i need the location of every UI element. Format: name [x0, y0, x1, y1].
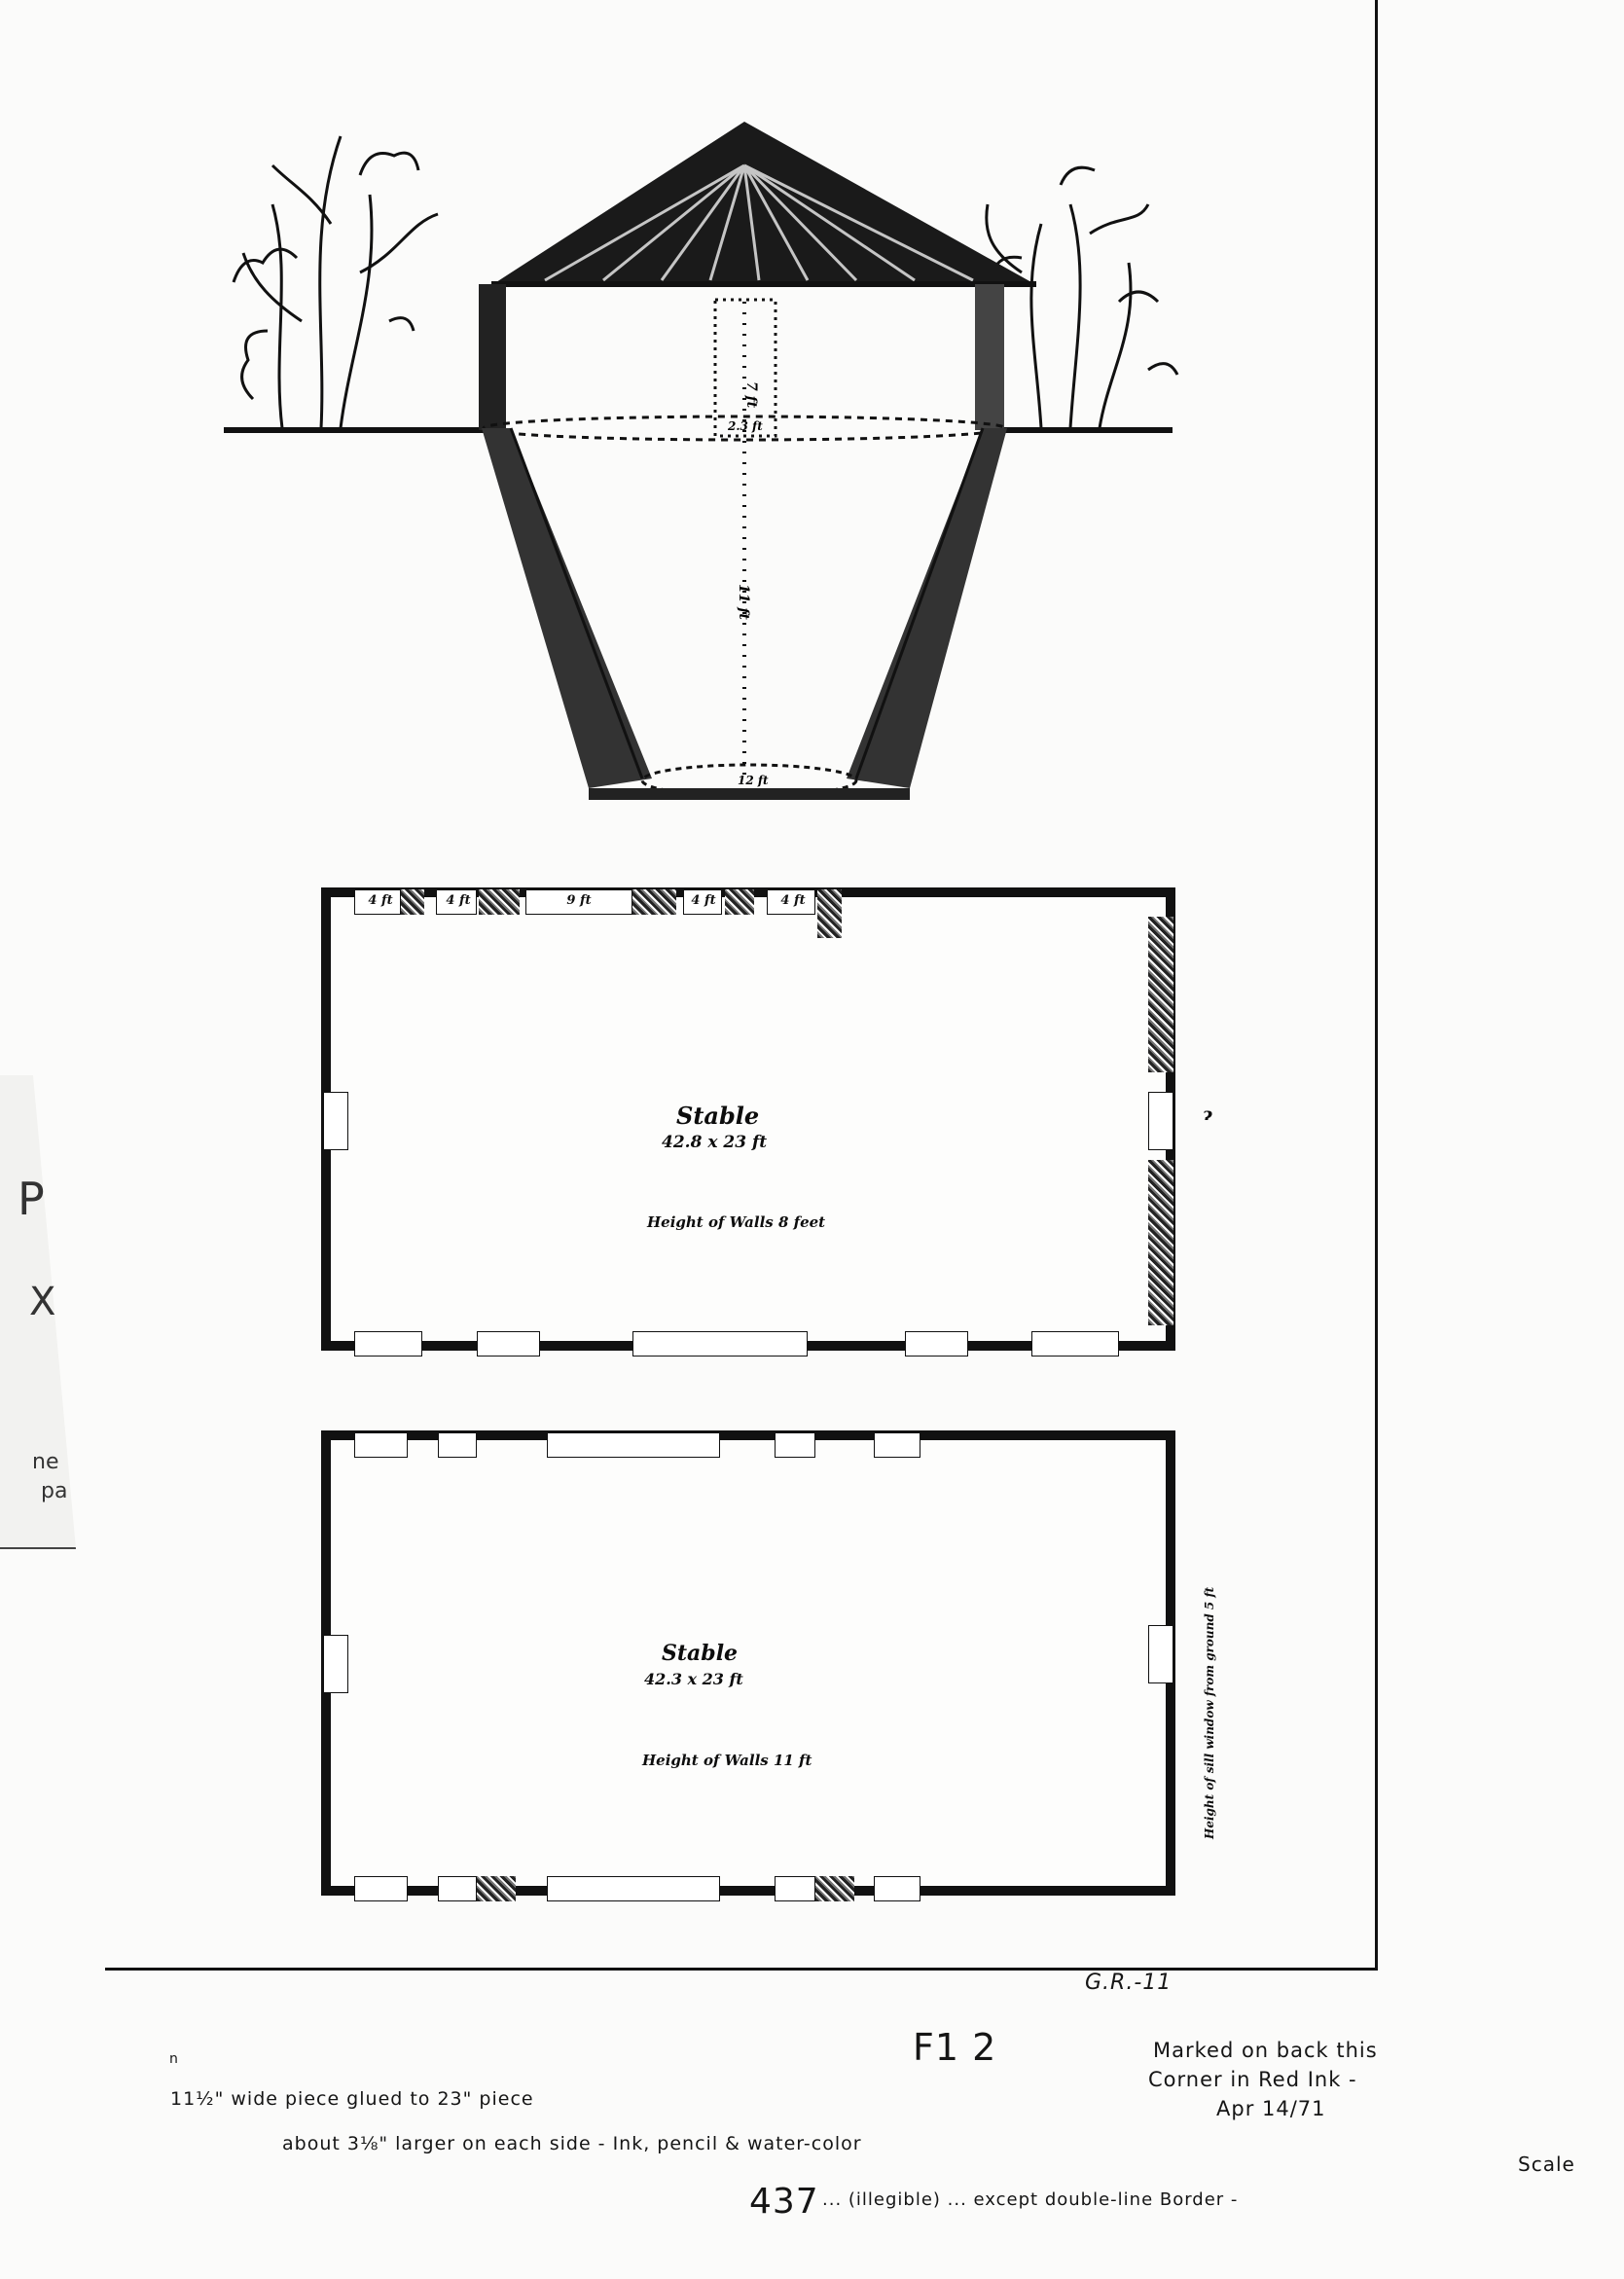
pit-wall-right	[847, 428, 1007, 788]
frame-bottom-border	[105, 1968, 1378, 1971]
ice-house-elevation: 7 ft 2.3 ft 11 ft 12 ft	[214, 78, 1187, 837]
marked-on-back-line-3: Apr 14/71	[1216, 2097, 1326, 2120]
margin-word: ne	[32, 1450, 58, 1474]
plan-2-side-note: Height of sill window from ground 5 ft	[1203, 1587, 1216, 1839]
margin-glyph: P	[18, 1173, 45, 1225]
note-line-2: about 3⅛" larger on each side - Ink, pen…	[282, 2133, 862, 2154]
figure-label: F1 2	[913, 2026, 996, 2069]
plan-1-title: Stable	[676, 1102, 759, 1130]
margin-glyph: X	[29, 1280, 55, 1324]
margin-word: pa	[41, 1479, 67, 1503]
door-height-label: 7 ft	[743, 381, 759, 409]
tree-right-icon	[977, 167, 1177, 428]
marked-on-back-line-1: Marked on back this	[1153, 2039, 1378, 2062]
pit-depth-label: 11 ft	[736, 584, 751, 620]
wall-label: 4 ft	[778, 893, 808, 908]
plan-2-dimensions: 42.3 x 23 ft	[644, 1670, 743, 1688]
credit-mark: G.R.-11	[1085, 1971, 1172, 1995]
note-line-1: 11½" wide piece glued to 23" piece	[170, 2088, 534, 2110]
wall-label: 4 ft	[444, 893, 473, 908]
plan-1-note: Height of Walls 8 feet	[647, 1213, 825, 1231]
wall-label: 4 ft	[366, 893, 395, 908]
small-mark: n	[169, 2051, 179, 2067]
plan-1-dimensions: 42.8 x 23 ft	[662, 1133, 767, 1152]
note-line-3: ... (illegible) ... except double-line B…	[822, 2189, 1238, 2210]
stray-mark: ɂ	[1203, 1104, 1212, 1125]
page-number: 437	[749, 2182, 819, 2222]
scale-label: Scale	[1518, 2152, 1575, 2176]
wall-right-upper	[975, 284, 1004, 430]
wall-label: 9 ft	[564, 893, 594, 908]
marked-on-back-line-2: Corner in Red Ink -	[1148, 2068, 1357, 2091]
stable-plan-2: Stable 42.3 x 23 ft Height of Walls 11 f…	[321, 1430, 1175, 1896]
pit-bottom-label: 12 ft	[738, 774, 769, 787]
plan-2-note: Height of Walls 11 ft	[642, 1752, 812, 1769]
tree-left-icon	[234, 136, 438, 428]
wall-label: 4 ft	[689, 893, 718, 908]
frame-right-border	[1375, 0, 1378, 1971]
plan-2-title: Stable	[662, 1641, 738, 1666]
stable-plan-1: 4 ft 4 ft 9 ft 4 ft 4 ft Stable 42.8 x 2…	[321, 887, 1175, 1351]
wall-left-upper	[479, 284, 506, 430]
